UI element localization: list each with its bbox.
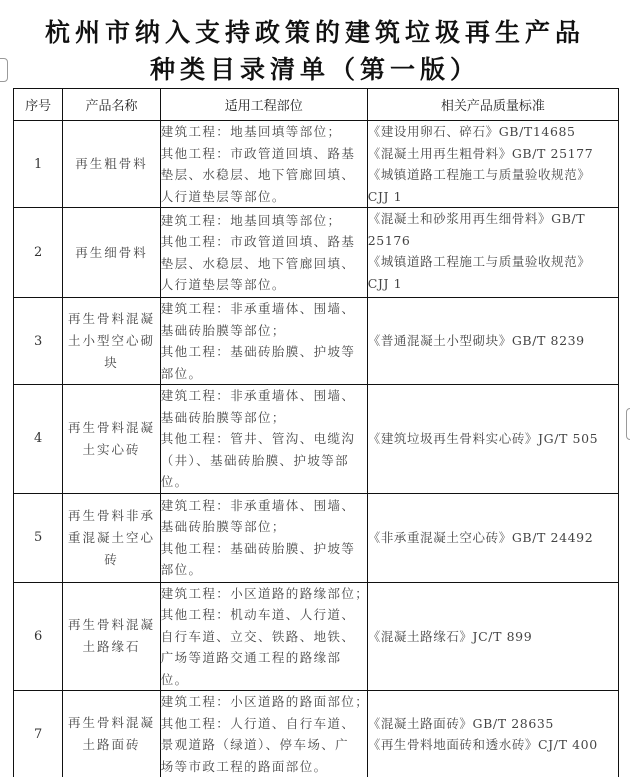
standard-line: 《混凝土路缘石》JC/T 899 — [368, 626, 618, 648]
standard-line: CJJ 1 — [368, 273, 618, 295]
applicable-parts: 建筑工程：小区道路的路面部位； 其他工程：人行道、自行车道、 景观道路（绿道）、… — [160, 691, 367, 777]
standard-line: 《非承重混凝土空心砖》GB/T 24492 — [368, 527, 618, 549]
product-name: 再生骨料混凝土路缘石 — [63, 582, 160, 691]
quality-standards: 《混凝土路缘石》JC/T 899 — [367, 582, 618, 691]
row-number: 7 — [14, 691, 63, 777]
applicable-parts-line: 部位。 — [161, 363, 367, 385]
applicable-parts-line: （井）、基础砖胎膜、护坡等部 — [161, 450, 367, 472]
row-number: 2 — [14, 208, 63, 298]
standard-line: 《建筑垃圾再生骨料实心砖》JG/T 505 — [368, 428, 618, 450]
quality-standards: 《混凝土和砂浆用再生细骨料》GB/T 25176 《城镇道路工程施工与质量验收规… — [367, 208, 618, 298]
applicable-parts-line: 基础砖胎膜等部位； — [161, 320, 367, 342]
applicable-parts-line: 其他工程：机动车道、人行道、 — [161, 604, 367, 626]
applicable-parts: 建筑工程：地基回填等部位； 其他工程：市政管道回填、路基 垫层、水稳层、地下管廊… — [160, 121, 367, 208]
applicable-parts-line: 建筑工程：小区道路的路面部位； — [161, 691, 367, 713]
product-name: 再生粗骨料 — [63, 121, 160, 208]
product-catalog-table: 序号 产品名称 适用工程部位 相关产品质量标准 1 再生粗骨料 建筑工程：地基回… — [13, 88, 619, 777]
applicable-parts: 建筑工程：小区道路的路缘部位； 其他工程：机动车道、人行道、 自行车道、立交、铁… — [160, 582, 367, 691]
applicable-parts-line: 人行道垫层等部位。 — [161, 186, 367, 208]
table-row: 5 再生骨料非承重混凝土空心砖 建筑工程：非承重墙体、围墙、 基础砖胎膜等部位；… — [14, 493, 619, 582]
applicable-parts-line: 其他工程：管井、管沟、电缆沟 — [161, 428, 367, 450]
applicable-parts-line: 基础砖胎膜等部位； — [161, 516, 367, 538]
applicable-parts-line: 其他工程：市政管道回填、路基 — [161, 143, 367, 165]
standard-line: CJJ 1 — [368, 186, 618, 208]
applicable-parts: 建筑工程：非承重墙体、围墙、 基础砖胎膜等部位； 其他工程：管井、管沟、电缆沟 … — [160, 385, 367, 494]
applicable-parts-line: 其他工程：基础砖胎膜、护坡等 — [161, 538, 367, 560]
quality-standards: 《非承重混凝土空心砖》GB/T 24492 — [367, 493, 618, 582]
quality-standards: 《建设用卵石、碎石》GB/T14685 《混凝土用再生粗骨料》GB/T 2517… — [367, 121, 618, 208]
applicable-parts-line: 建筑工程：地基回填等部位； — [161, 210, 367, 232]
applicable-parts-line: 垫层、水稳层、地下管廊回填、 — [161, 253, 367, 275]
applicable-parts-line: 垫层、水稳层、地下管廊回填、 — [161, 164, 367, 186]
row-number: 5 — [14, 493, 63, 582]
header-applicable-parts: 适用工程部位 — [160, 89, 367, 121]
applicable-parts-line: 建筑工程：地基回填等部位； — [161, 121, 367, 143]
applicable-parts: 建筑工程：地基回填等部位； 其他工程：市政管道回填、路基 垫层、水稳层、地下管廊… — [160, 208, 367, 298]
product-name: 再生骨料混凝土小型空心砌块 — [63, 298, 160, 385]
applicable-parts-line: 建筑工程：非承重墙体、围墙、 — [161, 385, 367, 407]
applicable-parts-line: 建筑工程：非承重墙体、围墙、 — [161, 495, 367, 517]
row-number: 1 — [14, 121, 63, 208]
row-number: 3 — [14, 298, 63, 385]
table-row: 3 再生骨料混凝土小型空心砌块 建筑工程：非承重墙体、围墙、 基础砖胎膜等部位；… — [14, 298, 619, 385]
applicable-parts-line: 部位。 — [161, 559, 367, 581]
document-title-line-1: 杭州市纳入支持政策的建筑垃圾再生产品 — [0, 18, 630, 48]
product-name: 再生细骨料 — [63, 208, 160, 298]
document-title-line-2: 种类目录清单（第一版） — [0, 55, 630, 85]
standard-line: 《再生骨料地面砖和透水砖》CJ/T 400 — [368, 734, 618, 756]
applicable-parts-line: 人行道垫层等部位。 — [161, 274, 367, 296]
applicable-parts-line: 基础砖胎膜等部位； — [161, 407, 367, 429]
table-row: 7 再生骨料混凝土路面砖 建筑工程：小区道路的路面部位； 其他工程：人行道、自行… — [14, 691, 619, 777]
quality-standards: 《混凝土路面砖》GB/T 28635 《再生骨料地面砖和透水砖》CJ/T 400 — [367, 691, 618, 777]
standard-line: 《混凝土和砂浆用再生细骨料》GB/T — [368, 208, 618, 230]
standard-line: 《混凝土用再生粗骨料》GB/T 25177 — [368, 143, 618, 165]
table-row: 1 再生粗骨料 建筑工程：地基回填等部位； 其他工程：市政管道回填、路基 垫层、… — [14, 121, 619, 208]
standard-line: 25176 — [368, 230, 618, 252]
standard-line: 《普通混凝土小型砌块》GB/T 8239 — [368, 330, 618, 352]
standard-line: 《城镇道路工程施工与质量验收规范》 — [368, 164, 618, 186]
product-name: 再生骨料非承重混凝土空心砖 — [63, 493, 160, 582]
applicable-parts-line: 景观道路（绿道）、停车场、广 — [161, 734, 367, 756]
applicable-parts: 建筑工程：非承重墙体、围墙、 基础砖胎膜等部位； 其他工程：基础砖胎膜、护坡等 … — [160, 493, 367, 582]
row-number: 4 — [14, 385, 63, 494]
header-quality-standards: 相关产品质量标准 — [367, 89, 618, 121]
applicable-parts: 建筑工程：非承重墙体、围墙、 基础砖胎膜等部位； 其他工程：基础砖胎膜、护坡等 … — [160, 298, 367, 385]
applicable-parts-line: 其他工程：市政管道回填、路基 — [161, 231, 367, 253]
standard-line: 《城镇道路工程施工与质量验收规范》 — [368, 251, 618, 273]
applicable-parts-line: 建筑工程：非承重墙体、围墙、 — [161, 298, 367, 320]
applicable-parts-line: 其他工程：人行道、自行车道、 — [161, 713, 367, 735]
row-number: 6 — [14, 582, 63, 691]
table-row: 2 再生细骨料 建筑工程：地基回填等部位； 其他工程：市政管道回填、路基 垫层、… — [14, 208, 619, 298]
quality-standards: 《建筑垃圾再生骨料实心砖》JG/T 505 — [367, 385, 618, 494]
table-row: 6 再生骨料混凝土路缘石 建筑工程：小区道路的路缘部位； 其他工程：机动车道、人… — [14, 582, 619, 691]
product-name: 再生骨料混凝土实心砖 — [63, 385, 160, 494]
standard-line: 《建设用卵石、碎石》GB/T14685 — [368, 121, 618, 143]
applicable-parts-line: 位。 — [161, 471, 367, 493]
table-row: 4 再生骨料混凝土实心砖 建筑工程：非承重墙体、围墙、 基础砖胎膜等部位； 其他… — [14, 385, 619, 494]
standard-line: 《混凝土路面砖》GB/T 28635 — [368, 713, 618, 735]
table-header-row: 序号 产品名称 适用工程部位 相关产品质量标准 — [14, 89, 619, 121]
header-serial-number: 序号 — [14, 89, 63, 121]
applicable-parts-line: 广场等道路交通工程的路缘部 — [161, 647, 367, 669]
quality-standards: 《普通混凝土小型砌块》GB/T 8239 — [367, 298, 618, 385]
applicable-parts-line: 建筑工程：小区道路的路缘部位； — [161, 583, 367, 605]
right-edge-handle[interactable] — [626, 408, 630, 440]
applicable-parts-line: 位。 — [161, 669, 367, 691]
applicable-parts-line: 自行车道、立交、铁路、地铁、 — [161, 626, 367, 648]
header-product-name: 产品名称 — [63, 89, 160, 121]
product-name: 再生骨料混凝土路面砖 — [63, 691, 160, 777]
applicable-parts-line: 场等市政工程的路面部位。 — [161, 756, 367, 777]
applicable-parts-line: 其他工程：基础砖胎膜、护坡等 — [161, 341, 367, 363]
